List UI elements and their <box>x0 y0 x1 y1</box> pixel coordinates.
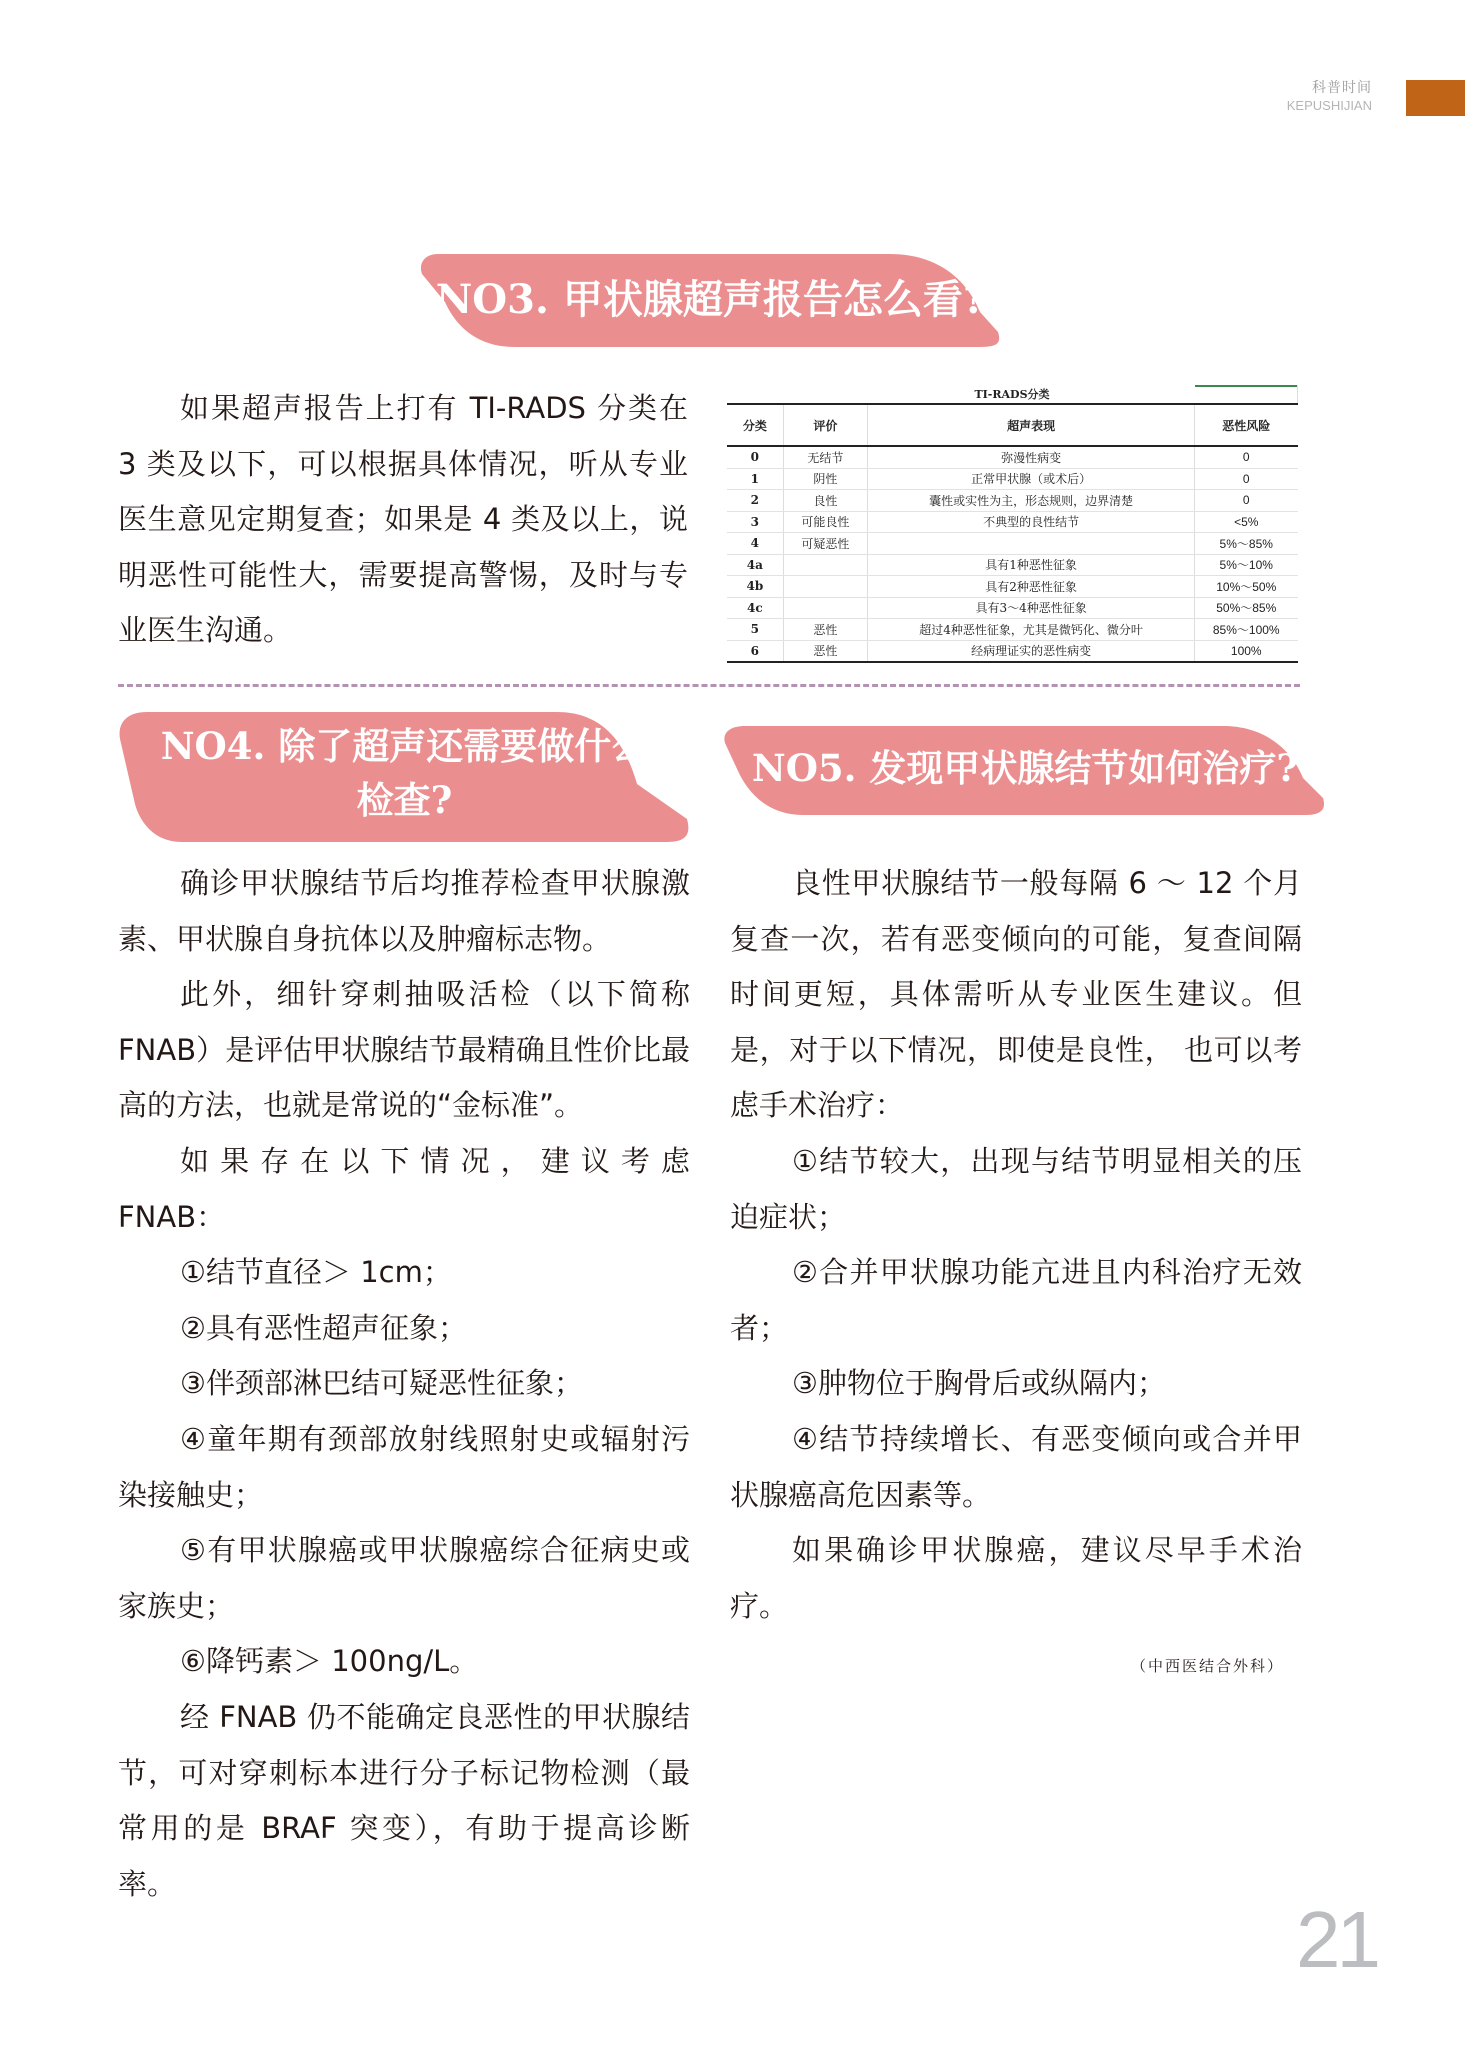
eval-cell <box>783 576 867 598</box>
class-cell: 3 <box>727 511 783 533</box>
finding-cell: 正常甲状腺（或术后） <box>868 468 1195 490</box>
page-number: 21 <box>1296 1900 1377 1980</box>
section-header: 科普时间 KEPUSHIJIAN <box>1287 78 1372 114</box>
table-row: 0无结节弥漫性病变0 <box>727 446 1298 468</box>
no4-item-6: ⑥降钙素＞ 100ng/L。 <box>118 1634 690 1690</box>
table-row: 1阴性正常甲状腺（或术后）0 <box>727 468 1298 490</box>
class-cell: 4 <box>727 533 783 555</box>
finding-cell: 囊性或实性为主，形态规则，边界清楚 <box>868 490 1195 512</box>
no3-text: 如果超声报告上打有 TI-RADS 分类在 3 类及以下，可以根据具体情况，听从… <box>118 381 688 659</box>
col-header-eval: 评价 <box>783 404 867 446</box>
no4-item-1: ①结节直径＞ 1cm； <box>118 1245 690 1301</box>
table-row: 4可疑恶性5%～85% <box>727 533 1298 555</box>
class-cell: 4b <box>727 576 783 598</box>
risk-cell: 0 <box>1194 490 1297 512</box>
no4-p3a: 如果存在以下情况，建议考虑 <box>118 1134 690 1190</box>
class-cell: 6 <box>727 640 783 662</box>
class-cell: 2 <box>727 490 783 512</box>
tirads-table: TI-RADS分类 分类 评价 超声表现 恶性风险 0无结节弥漫性病变01阴性正… <box>727 385 1298 663</box>
no5-p2: 如果确诊甲状腺癌，建议尽早手术治疗。 <box>730 1523 1302 1634</box>
eval-cell <box>783 554 867 576</box>
eval-cell: 无结节 <box>783 446 867 468</box>
no5-title: NO5. 发现甲状腺结节如何治疗? <box>723 741 1327 795</box>
no4-item-4: ④童年期有颈部放射线照射史或辐射污染接触史； <box>118 1412 690 1523</box>
table-row: 4a具有1种恶性征象5%～10% <box>727 554 1298 576</box>
risk-cell: <5% <box>1194 511 1297 533</box>
finding-cell: 超过4种恶性征象，尤其是微钙化、微分叶 <box>868 619 1195 641</box>
no5-text: 良性甲状腺结节一般每隔 6 ～ 12 个月复查一次，若有恶变倾向的可能，复查间隔… <box>730 856 1302 1634</box>
no4-title-line1: NO4. 除了超声还需要做什么 <box>117 719 692 773</box>
no5-item-3: ③肿物位于胸骨后或纵隔内； <box>730 1356 1302 1412</box>
no4-item-3: ③伴颈部淋巴结可疑恶性征象； <box>118 1356 690 1412</box>
finding-cell: 不典型的良性结节 <box>868 511 1195 533</box>
finding-cell: 弥漫性病变 <box>868 446 1195 468</box>
risk-cell: 100% <box>1194 640 1297 662</box>
table-row: 6恶性经病理证实的恶性病变100% <box>727 640 1298 662</box>
table-row: 4b具有2种恶性征象10%～50% <box>727 576 1298 598</box>
table-caption: TI-RADS分类 <box>727 385 1298 404</box>
class-cell: 4a <box>727 554 783 576</box>
risk-cell: 10%～50% <box>1194 576 1297 598</box>
class-cell: 0 <box>727 446 783 468</box>
finding-cell <box>868 533 1195 555</box>
eval-cell: 恶性 <box>783 619 867 641</box>
no3-banner: NO3. 甲状腺超声报告怎么看? <box>420 252 1002 348</box>
risk-cell: 50%～85% <box>1194 597 1297 619</box>
eval-cell: 可能良性 <box>783 511 867 533</box>
no4-item-2: ②具有恶性超声征象； <box>118 1301 690 1357</box>
finding-cell: 具有3～4种恶性征象 <box>868 597 1195 619</box>
table-row: 5恶性超过4种恶性征象，尤其是微钙化、微分叶85%～100% <box>727 619 1298 641</box>
no4-banner: NO4. 除了超声还需要做什么 检查? <box>117 709 692 844</box>
class-cell: 5 <box>727 619 783 641</box>
risk-cell: 0 <box>1194 468 1297 490</box>
class-cell: 4c <box>727 597 783 619</box>
table-row: 2良性囊性或实性为主，形态规则，边界清楚0 <box>727 490 1298 512</box>
no5-item-2: ②合并甲状腺功能亢进且内科治疗无效者； <box>730 1245 1302 1356</box>
section-name-en: KEPUSHIJIAN <box>1287 98 1372 114</box>
no5-item-4: ④结节持续增长、有恶变倾向或合并甲状腺癌高危因素等。 <box>730 1412 1302 1523</box>
eval-cell <box>783 597 867 619</box>
no3-paragraph: 如果超声报告上打有 TI-RADS 分类在 3 类及以下，可以根据具体情况，听从… <box>118 381 688 659</box>
finding-cell: 具有2种恶性征象 <box>868 576 1195 598</box>
risk-cell: 85%～100% <box>1194 619 1297 641</box>
author-credit: （中西医结合外科） <box>1131 1655 1284 1676</box>
no4-p4: 经 FNAB 仍不能确定良恶性的甲状腺结节，可对穿刺标本进行分子标记物检测（最常… <box>118 1690 690 1912</box>
no4-p2: 此外，细针穿刺抽吸活检（以下简称FNAB）是评估甲状腺结节最精确且性价比最高的方… <box>118 967 690 1134</box>
col-header-finding: 超声表现 <box>868 404 1195 446</box>
section-name-cn: 科普时间 <box>1287 78 1372 98</box>
section-divider <box>118 684 1300 687</box>
accent-block <box>1406 80 1465 116</box>
risk-cell: 5%～10% <box>1194 554 1297 576</box>
eval-cell: 阴性 <box>783 468 867 490</box>
no4-p1: 确诊甲状腺结节后均推荐检查甲状腺激素、甲状腺自身抗体以及肿瘤标志物。 <box>118 856 690 967</box>
table-row: 3可能良性不典型的良性结节<5% <box>727 511 1298 533</box>
table-row: 4c具有3～4种恶性征象50%～85% <box>727 597 1298 619</box>
col-header-class: 分类 <box>727 404 783 446</box>
col-header-risk: 恶性风险 <box>1194 404 1297 446</box>
no5-banner: NO5. 发现甲状腺结节如何治疗? <box>723 723 1327 816</box>
class-cell: 1 <box>727 468 783 490</box>
no4-p3b: FNAB： <box>118 1190 690 1246</box>
no3-title: NO3. 甲状腺超声报告怎么看? <box>420 272 1002 328</box>
eval-cell: 良性 <box>783 490 867 512</box>
no4-item-5: ⑤有甲状腺癌或甲状腺癌综合征病史或家族史； <box>118 1523 690 1634</box>
finding-cell: 具有1种恶性征象 <box>868 554 1195 576</box>
eval-cell: 可疑恶性 <box>783 533 867 555</box>
eval-cell: 恶性 <box>783 640 867 662</box>
risk-cell: 0 <box>1194 446 1297 468</box>
no4-title: NO4. 除了超声还需要做什么 检查? <box>117 719 692 827</box>
no5-p1: 良性甲状腺结节一般每隔 6 ～ 12 个月复查一次，若有恶变倾向的可能，复查间隔… <box>730 856 1302 1134</box>
risk-cell: 5%～85% <box>1194 533 1297 555</box>
finding-cell: 经病理证实的恶性病变 <box>868 640 1195 662</box>
no5-item-1: ①结节较大，出现与结节明显相关的压迫症状； <box>730 1134 1302 1245</box>
no4-text: 确诊甲状腺结节后均推荐检查甲状腺激素、甲状腺自身抗体以及肿瘤标志物。 此外，细针… <box>118 856 690 1912</box>
no4-title-line2: 检查? <box>117 773 692 827</box>
